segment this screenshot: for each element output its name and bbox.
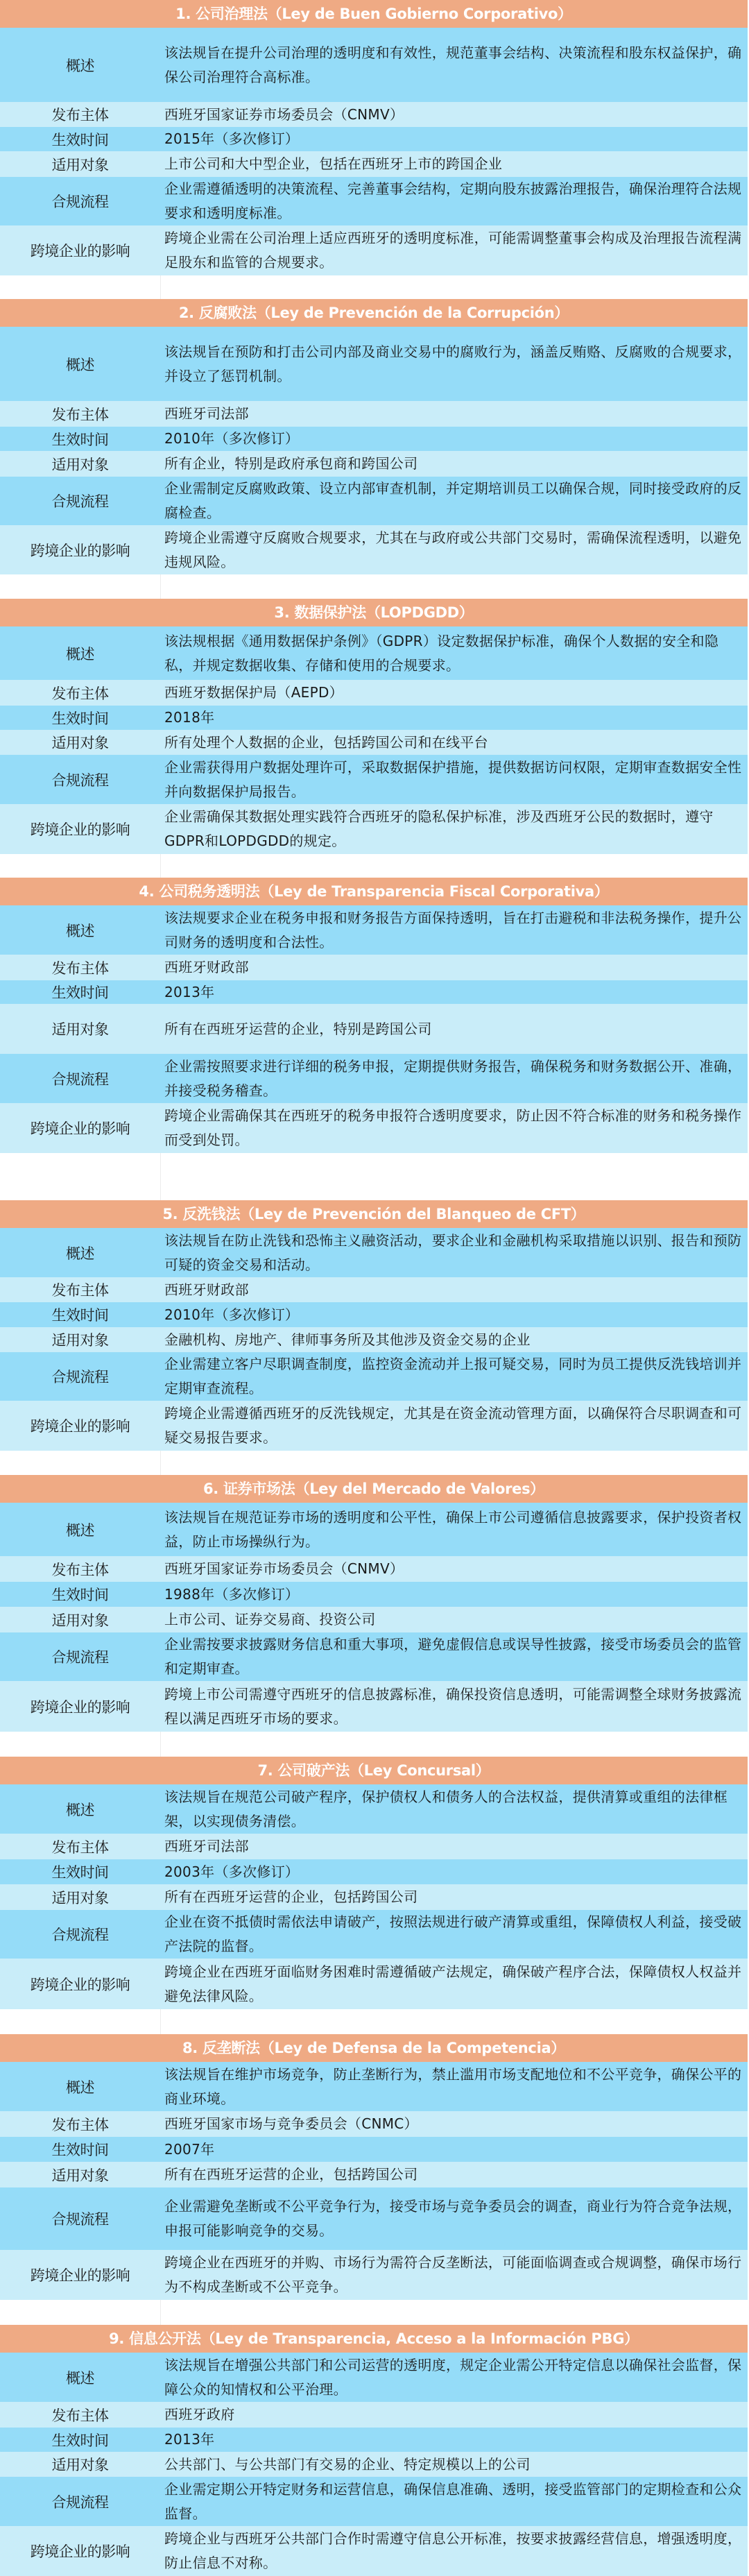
law-1-applicable: 上市公司和大中型企业，包括在西班牙上市的跨国企业: [160, 151, 748, 177]
row-label-overview: 概述: [0, 2062, 160, 2111]
law-7-publisher: 西班牙司法部: [160, 1834, 748, 1859]
law-8-overview: 该法规旨在维护市场竞争，防止垄断行为，禁止滥用市场支配地位和不公平竞争，确保公平…: [160, 2062, 748, 2111]
row-label-compliance: 合规流程: [0, 755, 160, 804]
section-spacer: [0, 1732, 748, 1757]
law-8-publisher-row: 发布主体 西班牙国家市场与竞争委员会（CNMC）: [0, 2111, 748, 2137]
row-label-impact: 跨境企业的影响: [0, 2526, 160, 2576]
row-label-effective: 生效时间: [0, 706, 160, 730]
law-7-impact-row: 跨境企业的影响 跨境企业在西班牙面临财务困难时需遵循破产法规定，确保破产程序合法…: [0, 1959, 748, 2009]
law-6-applicable: 上市公司、证券交易商、投资公司: [160, 1607, 748, 1632]
row-label-compliance: 合规流程: [0, 1352, 160, 1401]
row-label-impact: 跨境企业的影响: [0, 1103, 160, 1153]
law-8-applicable: 所有在西班牙运营的企业，包括跨国公司: [160, 2162, 748, 2187]
law-2-impact-row: 跨境企业的影响 跨境企业需遵守反腐败合规要求，尤其在与政府或公共部门交易时，需确…: [0, 525, 748, 574]
law-3-overview-row: 概述 该法规根据《通用数据保护条例》（GDPR）设定数据保护标准，确保个人数据的…: [0, 626, 748, 680]
law-3-title: 3. 数据保护法（LOPDGDD）: [0, 599, 748, 626]
row-label-impact: 跨境企业的影响: [0, 1401, 160, 1451]
law-5-overview: 该法规旨在防止洗钱和恐怖主义融资活动，要求企业和金融机构采取措施以识别、报告和预…: [160, 1228, 748, 1277]
row-label-compliance: 合规流程: [0, 2187, 160, 2250]
law-5-impact-row: 跨境企业的影响 跨境企业需遵循西班牙的反洗钱规定，尤其是在资金流动管理方面，以确…: [0, 1401, 748, 1451]
row-label-publisher: 发布主体: [0, 2111, 160, 2137]
law-2-title: 2. 反腐败法（Ley de Prevención de la Corrupci…: [0, 299, 748, 327]
row-label-compliance: 合规流程: [0, 477, 160, 525]
law-7-impact: 跨境企业在西班牙面临财务困难时需遵循破产法规定，确保破产程序合法，保障债权人权益…: [160, 1959, 748, 2009]
law-5-overview-row: 概述 该法规旨在防止洗钱和恐怖主义融资活动，要求企业和金融机构采取措施以识别、报…: [0, 1228, 748, 1277]
law-2-overview: 该法规旨在预防和打击公司内部及商业交易中的腐败行为，涵盖反贿赂、反腐败的合规要求…: [160, 327, 748, 401]
law-2-applicable-row: 适用对象 所有企业，特别是政府承包商和跨国公司: [0, 451, 748, 477]
law-9-impact: 跨境企业与西班牙公共部门合作时需遵守信息公开标准，按要求披露经营信息，增强透明度…: [160, 2526, 748, 2576]
row-label-impact: 跨境企业的影响: [0, 1959, 160, 2009]
law-5-applicable-row: 适用对象 金融机构、房地产、律师事务所及其他涉及资金交易的企业: [0, 1327, 748, 1352]
row-label-impact: 跨境企业的影响: [0, 2250, 160, 2300]
law-3-impact: 企业需确保其数据处理实践符合西班牙的隐私保护标准，涉及西班牙公民的数据时，遵守G…: [160, 804, 748, 854]
law-1-applicable-row: 适用对象 上市公司和大中型企业，包括在西班牙上市的跨国企业: [0, 151, 748, 177]
row-label-effective: 生效时间: [0, 1582, 160, 1607]
row-label-impact: 跨境企业的影响: [0, 525, 160, 574]
law-6-effective: 1988年（多次修订）: [160, 1582, 748, 1607]
section-spacer: [0, 1451, 748, 1475]
section-spacer: [0, 1153, 748, 1200]
law-8-applicable-row: 适用对象 所有在西班牙运营的企业，包括跨国公司: [0, 2162, 748, 2187]
row-label-overview: 概述: [0, 905, 160, 955]
row-label-effective: 生效时间: [0, 2428, 160, 2452]
row-label-compliance: 合规流程: [0, 1054, 160, 1103]
law-8-impact-row: 跨境企业的影响 跨境企业在西班牙的并购、市场行为需符合反垄断法，可能面临调查或合…: [0, 2250, 748, 2300]
law-2-applicable: 所有企业，特别是政府承包商和跨国公司: [160, 451, 748, 477]
row-label-applicable: 适用对象: [0, 151, 160, 177]
law-6-publisher-row: 发布主体 西班牙国家证券市场委员会（CNMV）: [0, 1556, 748, 1582]
law-2-compliance: 企业需制定反腐败政策、设立内部审查机制，并定期培训员工以确保合规，同时接受政府的…: [160, 477, 748, 525]
row-label-applicable: 适用对象: [0, 2452, 160, 2477]
row-label-impact: 跨境企业的影响: [0, 1681, 160, 1732]
law-8-impact: 跨境企业在西班牙的并购、市场行为需符合反垄断法，可能面临调查或合规调整，确保市场…: [160, 2250, 748, 2300]
law-7-effective-row: 生效时间 2003年（多次修订）: [0, 1859, 748, 1884]
law-8-compliance-row: 合规流程 企业需避免垄断或不公平竞争行为，接受市场与竞争委员会的调查，商业行为符…: [0, 2187, 748, 2250]
row-label-publisher: 发布主体: [0, 1834, 160, 1859]
law-3-publisher-row: 发布主体 西班牙数据保护局（AEPD）: [0, 680, 748, 706]
law-1-compliance: 企业需遵循透明的决策流程、完善董事会结构，定期向股东披露治理报告，确保治理符合法…: [160, 177, 748, 225]
row-label-effective: 生效时间: [0, 980, 160, 1004]
law-3-compliance: 企业需获得用户数据处理许可，采取数据保护措施，提供数据访问权限，定期审查数据安全…: [160, 755, 748, 804]
law-2-publisher: 西班牙司法部: [160, 401, 748, 427]
law-2-overview-row: 概述 该法规旨在预防和打击公司内部及商业交易中的腐败行为，涵盖反贿赂、反腐败的合…: [0, 327, 748, 401]
law-4-overview-row: 概述 该法规要求企业在税务申报和财务报告方面保持透明，旨在打击避税和非法税务操作…: [0, 905, 748, 955]
law-1-effective-row: 生效时间 2015年（多次修订）: [0, 127, 748, 151]
law-4-effective-row: 生效时间 2013年: [0, 980, 748, 1004]
law-2-impact: 跨境企业需遵守反腐败合规要求，尤其在与政府或公共部门交易时，需确保流程透明，以避…: [160, 525, 748, 574]
law-1-publisher-row: 发布主体 西班牙国家证券市场委员会（CNMV）: [0, 102, 748, 127]
law-6-applicable-row: 适用对象 上市公司、证券交易商、投资公司: [0, 1607, 748, 1632]
law-5-publisher: 西班牙财政部: [160, 1277, 748, 1302]
row-label-applicable: 适用对象: [0, 730, 160, 755]
law-9-overview-row: 概述 该法规旨在增强公共部门和公司运营的透明度，规定企业需公开特定信息以确保社会…: [0, 2353, 748, 2402]
law-3-overview: 该法规根据《通用数据保护条例》（GDPR）设定数据保护标准，确保个人数据的安全和…: [160, 626, 748, 680]
law-9-impact-row: 跨境企业的影响 跨境企业与西班牙公共部门合作时需遵守信息公开标准，按要求披露经营…: [0, 2526, 748, 2576]
row-label-overview: 概述: [0, 1228, 160, 1277]
row-label-compliance: 合规流程: [0, 177, 160, 225]
law-5-impact: 跨境企业需遵循西班牙的反洗钱规定，尤其是在资金流动管理方面，以确保符合尽职调查和…: [160, 1401, 748, 1451]
law-4-compliance: 企业需按照要求进行详细的税务申报，定期提供财务报告，确保税务和财务数据公开、准确…: [160, 1054, 748, 1103]
row-label-overview: 概述: [0, 1784, 160, 1834]
law-8-overview-row: 概述 该法规旨在维护市场竞争，防止垄断行为，禁止滥用市场支配地位和不公平竞争，确…: [0, 2062, 748, 2111]
row-label-publisher: 发布主体: [0, 1556, 160, 1582]
row-label-compliance: 合规流程: [0, 1632, 160, 1681]
law-5-compliance: 企业需建立客户尽职调查制度，监控资金流动并上报可疑交易，同时为员工提供反洗钱培训…: [160, 1352, 748, 1401]
row-label-impact: 跨境企业的影响: [0, 225, 160, 275]
law-4-impact-row: 跨境企业的影响 跨境企业需确保其在西班牙的税务申报符合透明度要求，防止因不符合标…: [0, 1103, 748, 1153]
law-7-effective: 2003年（多次修订）: [160, 1859, 748, 1884]
law-4-applicable-row: 适用对象 所有在西班牙运营的企业，特别是跨国公司: [0, 1004, 748, 1054]
row-label-effective: 生效时间: [0, 427, 160, 451]
row-label-publisher: 发布主体: [0, 2402, 160, 2428]
law-5-effective-row: 生效时间 2010年（多次修订）: [0, 1302, 748, 1327]
law-4-publisher: 西班牙财政部: [160, 955, 748, 980]
law-4-effective: 2013年: [160, 980, 748, 1004]
law-9-publisher-row: 发布主体 西班牙政府: [0, 2402, 748, 2428]
law-7-compliance-row: 合规流程 企业在资不抵债时需依法申请破产，按照法规进行破产清算或重组，保障债权人…: [0, 1910, 748, 1959]
law-3-applicable: 所有处理个人数据的企业，包括跨国公司和在线平台: [160, 730, 748, 755]
law-9-compliance-row: 合规流程 企业需定期公开特定财务和运营信息，确保信息准确、透明，接受监管部门的定…: [0, 2477, 748, 2526]
law-9-title: 9. 信息公开法（Ley de Transparencia, Acceso a …: [0, 2325, 748, 2353]
row-label-effective: 生效时间: [0, 127, 160, 151]
row-label-effective: 生效时间: [0, 1859, 160, 1884]
law-4-impact: 跨境企业需确保其在西班牙的税务申报符合透明度要求，防止因不符合标准的财务和税务操…: [160, 1103, 748, 1153]
row-label-overview: 概述: [0, 28, 160, 102]
law-7-applicable: 所有在西班牙运营的企业，包括跨国公司: [160, 1884, 748, 1910]
law-5-title: 5. 反洗钱法（Ley de Prevención del Blanqueo d…: [0, 1200, 748, 1228]
section-spacer: [0, 275, 748, 299]
law-7-compliance: 企业在资不抵债时需依法申请破产，按照法规进行破产清算或重组，保障债权人利益，接受…: [160, 1910, 748, 1959]
law-5-publisher-row: 发布主体 西班牙财政部: [0, 1277, 748, 1302]
law-9-effective-row: 生效时间 2013年: [0, 2428, 748, 2452]
row-label-compliance: 合规流程: [0, 2477, 160, 2526]
law-5-applicable: 金融机构、房地产、律师事务所及其他涉及资金交易的企业: [160, 1327, 748, 1352]
row-label-publisher: 发布主体: [0, 1277, 160, 1302]
law-6-publisher: 西班牙国家证券市场委员会（CNMV）: [160, 1556, 748, 1582]
row-label-publisher: 发布主体: [0, 680, 160, 706]
law-1-title: 1. 公司治理法（Ley de Buen Gobierno Corporativ…: [0, 0, 748, 28]
row-label-applicable: 适用对象: [0, 1607, 160, 1632]
row-label-applicable: 适用对象: [0, 1004, 160, 1054]
law-1-overview: 该法规旨在提升公司治理的透明度和有效性，规范董事会结构、决策流程和股东权益保护，…: [160, 28, 748, 102]
law-3-applicable-row: 适用对象 所有处理个人数据的企业，包括跨国公司和在线平台: [0, 730, 748, 755]
law-1-overview-row: 概述 该法规旨在提升公司治理的透明度和有效性，规范董事会结构、决策流程和股东权益…: [0, 28, 748, 102]
law-5-compliance-row: 合规流程 企业需建立客户尽职调查制度，监控资金流动并上报可疑交易，同时为员工提供…: [0, 1352, 748, 1401]
law-4-title: 4. 公司税务透明法（Ley de Transparencia Fiscal C…: [0, 878, 748, 905]
law-7-overview: 该法规旨在规范公司破产程序，保护债权人和债务人的合法权益，提供清算或重组的法律框…: [160, 1784, 748, 1834]
law-7-title: 7. 公司破产法（Ley Concursal）: [0, 1757, 748, 1784]
law-7-publisher-row: 发布主体 西班牙司法部: [0, 1834, 748, 1859]
law-2-publisher-row: 发布主体 西班牙司法部: [0, 401, 748, 427]
law-9-compliance: 企业需定期公开特定财务和运营信息，确保信息准确、透明，接受监管部门的定期检查和公…: [160, 2477, 748, 2526]
law-8-title: 8. 反垄断法（Ley de Defensa de la Competencia…: [0, 2034, 748, 2062]
law-7-applicable-row: 适用对象 所有在西班牙运营的企业，包括跨国公司: [0, 1884, 748, 1910]
section-spacer: [0, 2300, 748, 2325]
law-1-compliance-row: 合规流程 企业需遵循透明的决策流程、完善董事会结构，定期向股东披露治理报告，确保…: [0, 177, 748, 225]
law-1-effective: 2015年（多次修订）: [160, 127, 748, 151]
law-8-publisher: 西班牙国家市场与竞争委员会（CNMC）: [160, 2111, 748, 2137]
law-3-compliance-row: 合规流程 企业需获得用户数据处理许可，采取数据保护措施，提供数据访问权限，定期审…: [0, 755, 748, 804]
section-spacer: [0, 854, 748, 878]
law-6-impact: 跨境上市公司需遵守西班牙的信息披露标准，确保投资信息透明，可能需调整全球财务披露…: [160, 1681, 748, 1732]
law-4-publisher-row: 发布主体 西班牙财政部: [0, 955, 748, 980]
law-1-impact: 跨境企业需在公司治理上适应西班牙的透明度标准，可能需调整董事会构成及治理报告流程…: [160, 225, 748, 275]
law-3-effective-row: 生效时间 2018年: [0, 706, 748, 730]
law-9-applicable-row: 适用对象 公共部门、与公共部门有交易的企业、特定规模以上的公司: [0, 2452, 748, 2477]
law-7-overview-row: 概述 该法规旨在规范公司破产程序，保护债权人和债务人的合法权益，提供清算或重组的…: [0, 1784, 748, 1834]
law-6-title: 6. 证券市场法（Ley del Mercado de Valores）: [0, 1475, 748, 1503]
law-3-effective: 2018年: [160, 706, 748, 730]
law-9-applicable: 公共部门、与公共部门有交易的企业、特定规模以上的公司: [160, 2452, 748, 2477]
law-4-overview: 该法规要求企业在税务申报和财务报告方面保持透明，旨在打击避税和非法税务操作，提升…: [160, 905, 748, 955]
law-9-effective: 2013年: [160, 2428, 748, 2452]
row-label-impact: 跨境企业的影响: [0, 804, 160, 854]
law-8-effective-row: 生效时间 2007年: [0, 2137, 748, 2162]
law-1-publisher: 西班牙国家证券市场委员会（CNMV）: [160, 102, 748, 127]
row-label-applicable: 适用对象: [0, 451, 160, 477]
law-6-effective-row: 生效时间 1988年（多次修订）: [0, 1582, 748, 1607]
law-9-overview: 该法规旨在增强公共部门和公司运营的透明度，规定企业需公开特定信息以确保社会监督，…: [160, 2353, 748, 2402]
law-4-compliance-row: 合规流程 企业需按照要求进行详细的税务申报，定期提供财务报告，确保税务和财务数据…: [0, 1054, 748, 1103]
law-9-publisher: 西班牙政府: [160, 2402, 748, 2428]
law-6-compliance: 企业需按要求披露财务信息和重大事项，避免虚假信息或误导性披露，接受市场委员会的监…: [160, 1632, 748, 1681]
law-5-effective: 2010年（多次修订）: [160, 1302, 748, 1327]
row-label-applicable: 适用对象: [0, 1884, 160, 1910]
row-label-overview: 概述: [0, 2353, 160, 2402]
row-label-publisher: 发布主体: [0, 102, 160, 127]
row-label-overview: 概述: [0, 327, 160, 401]
law-3-impact-row: 跨境企业的影响 企业需确保其数据处理实践符合西班牙的隐私保护标准，涉及西班牙公民…: [0, 804, 748, 854]
law-2-effective-row: 生效时间 2010年（多次修订）: [0, 427, 748, 451]
row-label-overview: 概述: [0, 626, 160, 680]
row-label-publisher: 发布主体: [0, 955, 160, 980]
law-4-applicable: 所有在西班牙运营的企业，特别是跨国公司: [160, 1004, 748, 1054]
law-1-impact-row: 跨境企业的影响 跨境企业需在公司治理上适应西班牙的透明度标准，可能需调整董事会构…: [0, 225, 748, 275]
row-label-effective: 生效时间: [0, 1302, 160, 1327]
row-label-publisher: 发布主体: [0, 401, 160, 427]
law-8-effective: 2007年: [160, 2137, 748, 2162]
law-2-compliance-row: 合规流程 企业需制定反腐败政策、设立内部审查机制，并定期培训员工以确保合规，同时…: [0, 477, 748, 525]
row-label-effective: 生效时间: [0, 2137, 160, 2162]
law-3-publisher: 西班牙数据保护局（AEPD）: [160, 680, 748, 706]
law-6-impact-row: 跨境企业的影响 跨境上市公司需遵守西班牙的信息披露标准，确保投资信息透明，可能需…: [0, 1681, 748, 1732]
row-label-applicable: 适用对象: [0, 1327, 160, 1352]
law-2-effective: 2010年（多次修订）: [160, 427, 748, 451]
row-label-overview: 概述: [0, 1503, 160, 1556]
row-label-compliance: 合规流程: [0, 1910, 160, 1959]
section-spacer: [0, 574, 748, 599]
law-6-overview: 该法规旨在规范证券市场的透明度和公平性，确保上市公司遵循信息披露要求，保护投资者…: [160, 1503, 748, 1556]
law-6-overview-row: 概述 该法规旨在规范证券市场的透明度和公平性，确保上市公司遵循信息披露要求，保护…: [0, 1503, 748, 1556]
law-8-compliance: 企业需避免垄断或不公平竞争行为，接受市场与竞争委员会的调查，商业行为符合竞争法规…: [160, 2187, 748, 2250]
law-6-compliance-row: 合规流程 企业需按要求披露财务信息和重大事项，避免虚假信息或误导性披露，接受市场…: [0, 1632, 748, 1681]
section-spacer: [0, 2009, 748, 2034]
row-label-applicable: 适用对象: [0, 2162, 160, 2187]
